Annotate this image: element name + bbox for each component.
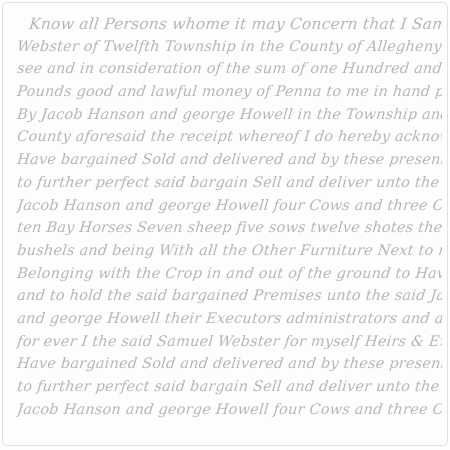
manuscript-line: Webster of Twelfth Township in the Count… <box>16 36 442 59</box>
manuscript-line: bushels and being With all the Other Fur… <box>16 240 442 263</box>
manuscript-line: By Jacob Hanson and george Howell in the… <box>16 104 442 127</box>
manuscript-line: and george Howell their Executors admini… <box>16 308 442 331</box>
manuscript-line: to further perfect said bargain Sell and… <box>16 376 442 399</box>
manuscript-line: Pounds good and lawful money of Penna to… <box>16 81 442 104</box>
manuscript-line: see and in consideration of the sum of o… <box>16 58 442 81</box>
manuscript-line: to further perfect said bargain Sell and… <box>16 172 442 195</box>
manuscript-line: Have bargained Sold and delivered and by… <box>16 149 442 172</box>
manuscript-line: ten Bay Horses Seven sheep five sows twe… <box>16 217 442 240</box>
manuscript-line: Jacob Hanson and george Howell four Cows… <box>16 399 442 422</box>
manuscript-line: Jacob Hanson and george Howell four Cows… <box>16 195 442 218</box>
manuscript-page: Know all Persons whome it may Concern th… <box>16 13 442 444</box>
manuscript-line: Belonging with the Crop in and out of th… <box>16 263 442 286</box>
manuscript-line: Have bargained Sold and delivered and by… <box>16 353 442 376</box>
manuscript-line: County aforesaid the receipt whereof I d… <box>16 126 442 149</box>
manuscript-line: Know all Persons whome it may Concern th… <box>16 13 442 36</box>
manuscript-line: and to hold the said bargained Premises … <box>16 285 442 308</box>
manuscript-line: for ever I the said Samuel Webster for m… <box>16 331 442 354</box>
